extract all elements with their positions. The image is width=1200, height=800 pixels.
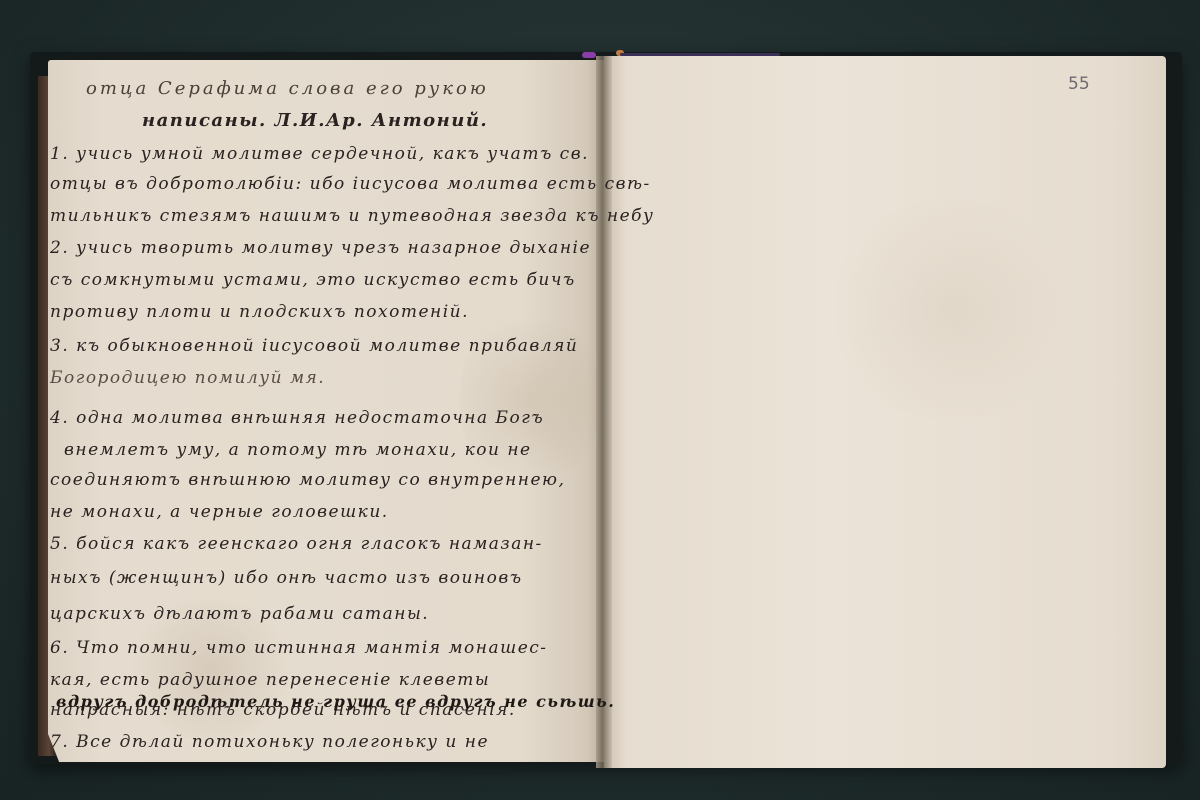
book-gutter xyxy=(596,56,612,768)
manuscript-line: кая, есть радушное перенесенiе клеветы xyxy=(50,670,490,690)
manuscript-line: 4. одна молитва внѣшняя недостаточна Бог… xyxy=(50,408,544,428)
right-page xyxy=(604,56,1166,768)
page-number: 55 xyxy=(1068,74,1090,94)
manuscript-line: 5. бойся какъ геенскаго огня гласокъ нам… xyxy=(50,534,543,554)
manuscript-line: вдругъ добродѣтель не груша ее вдругъ не… xyxy=(56,692,615,711)
manuscript-line: съ сомкнутыми устами, это искуство есть … xyxy=(50,270,576,290)
handwritten-text: отца Серафима слова его рукою написаны. … xyxy=(50,68,598,758)
manuscript-subheader: написаны. Л.И.Ар. Антоний. xyxy=(142,110,488,131)
manuscript-line: внемлетъ уму, а потому тѣ монахи, кои не xyxy=(64,440,532,460)
manuscript-line: 1. учись умной молитве сердечной, какъ у… xyxy=(50,144,589,164)
manuscript-line: 7. Все дѣлай потихоньку полегоньку и не xyxy=(50,732,489,752)
manuscript-line: отцы въ добротолюбiи: ибо iисусова молит… xyxy=(50,174,651,194)
manuscript-line: ныхъ (женщинъ) ибо онѣ часто изъ воиновъ xyxy=(50,568,523,588)
manuscript-line: 6. Что помни, что истинная мантiя монаше… xyxy=(50,638,548,658)
manuscript-line: 3. къ обыкновенной iисусовой молитве при… xyxy=(50,336,578,356)
manuscript-line: царскихъ дѣлаютъ рабами сатаны. xyxy=(50,604,429,624)
manuscript-line: соединяютъ внѣшнюю молитву со внутреннею… xyxy=(50,470,565,490)
manuscript-line: противу плоти и плодскихъ похотенiй. xyxy=(50,302,469,322)
manuscript-header: отца Серафима слова его рукою xyxy=(86,78,489,99)
manuscript-line: тильникъ стезямъ нашимъ и путеводная зве… xyxy=(50,206,654,226)
manuscript-line: Богородицею помилуй мя. xyxy=(50,368,325,388)
manuscript-line: 2. учись творить молитву чрезъ назарное … xyxy=(50,238,591,258)
manuscript-line: не монахи, а черные головешки. xyxy=(50,502,389,522)
bookmark-ribbon-purple xyxy=(582,52,596,58)
